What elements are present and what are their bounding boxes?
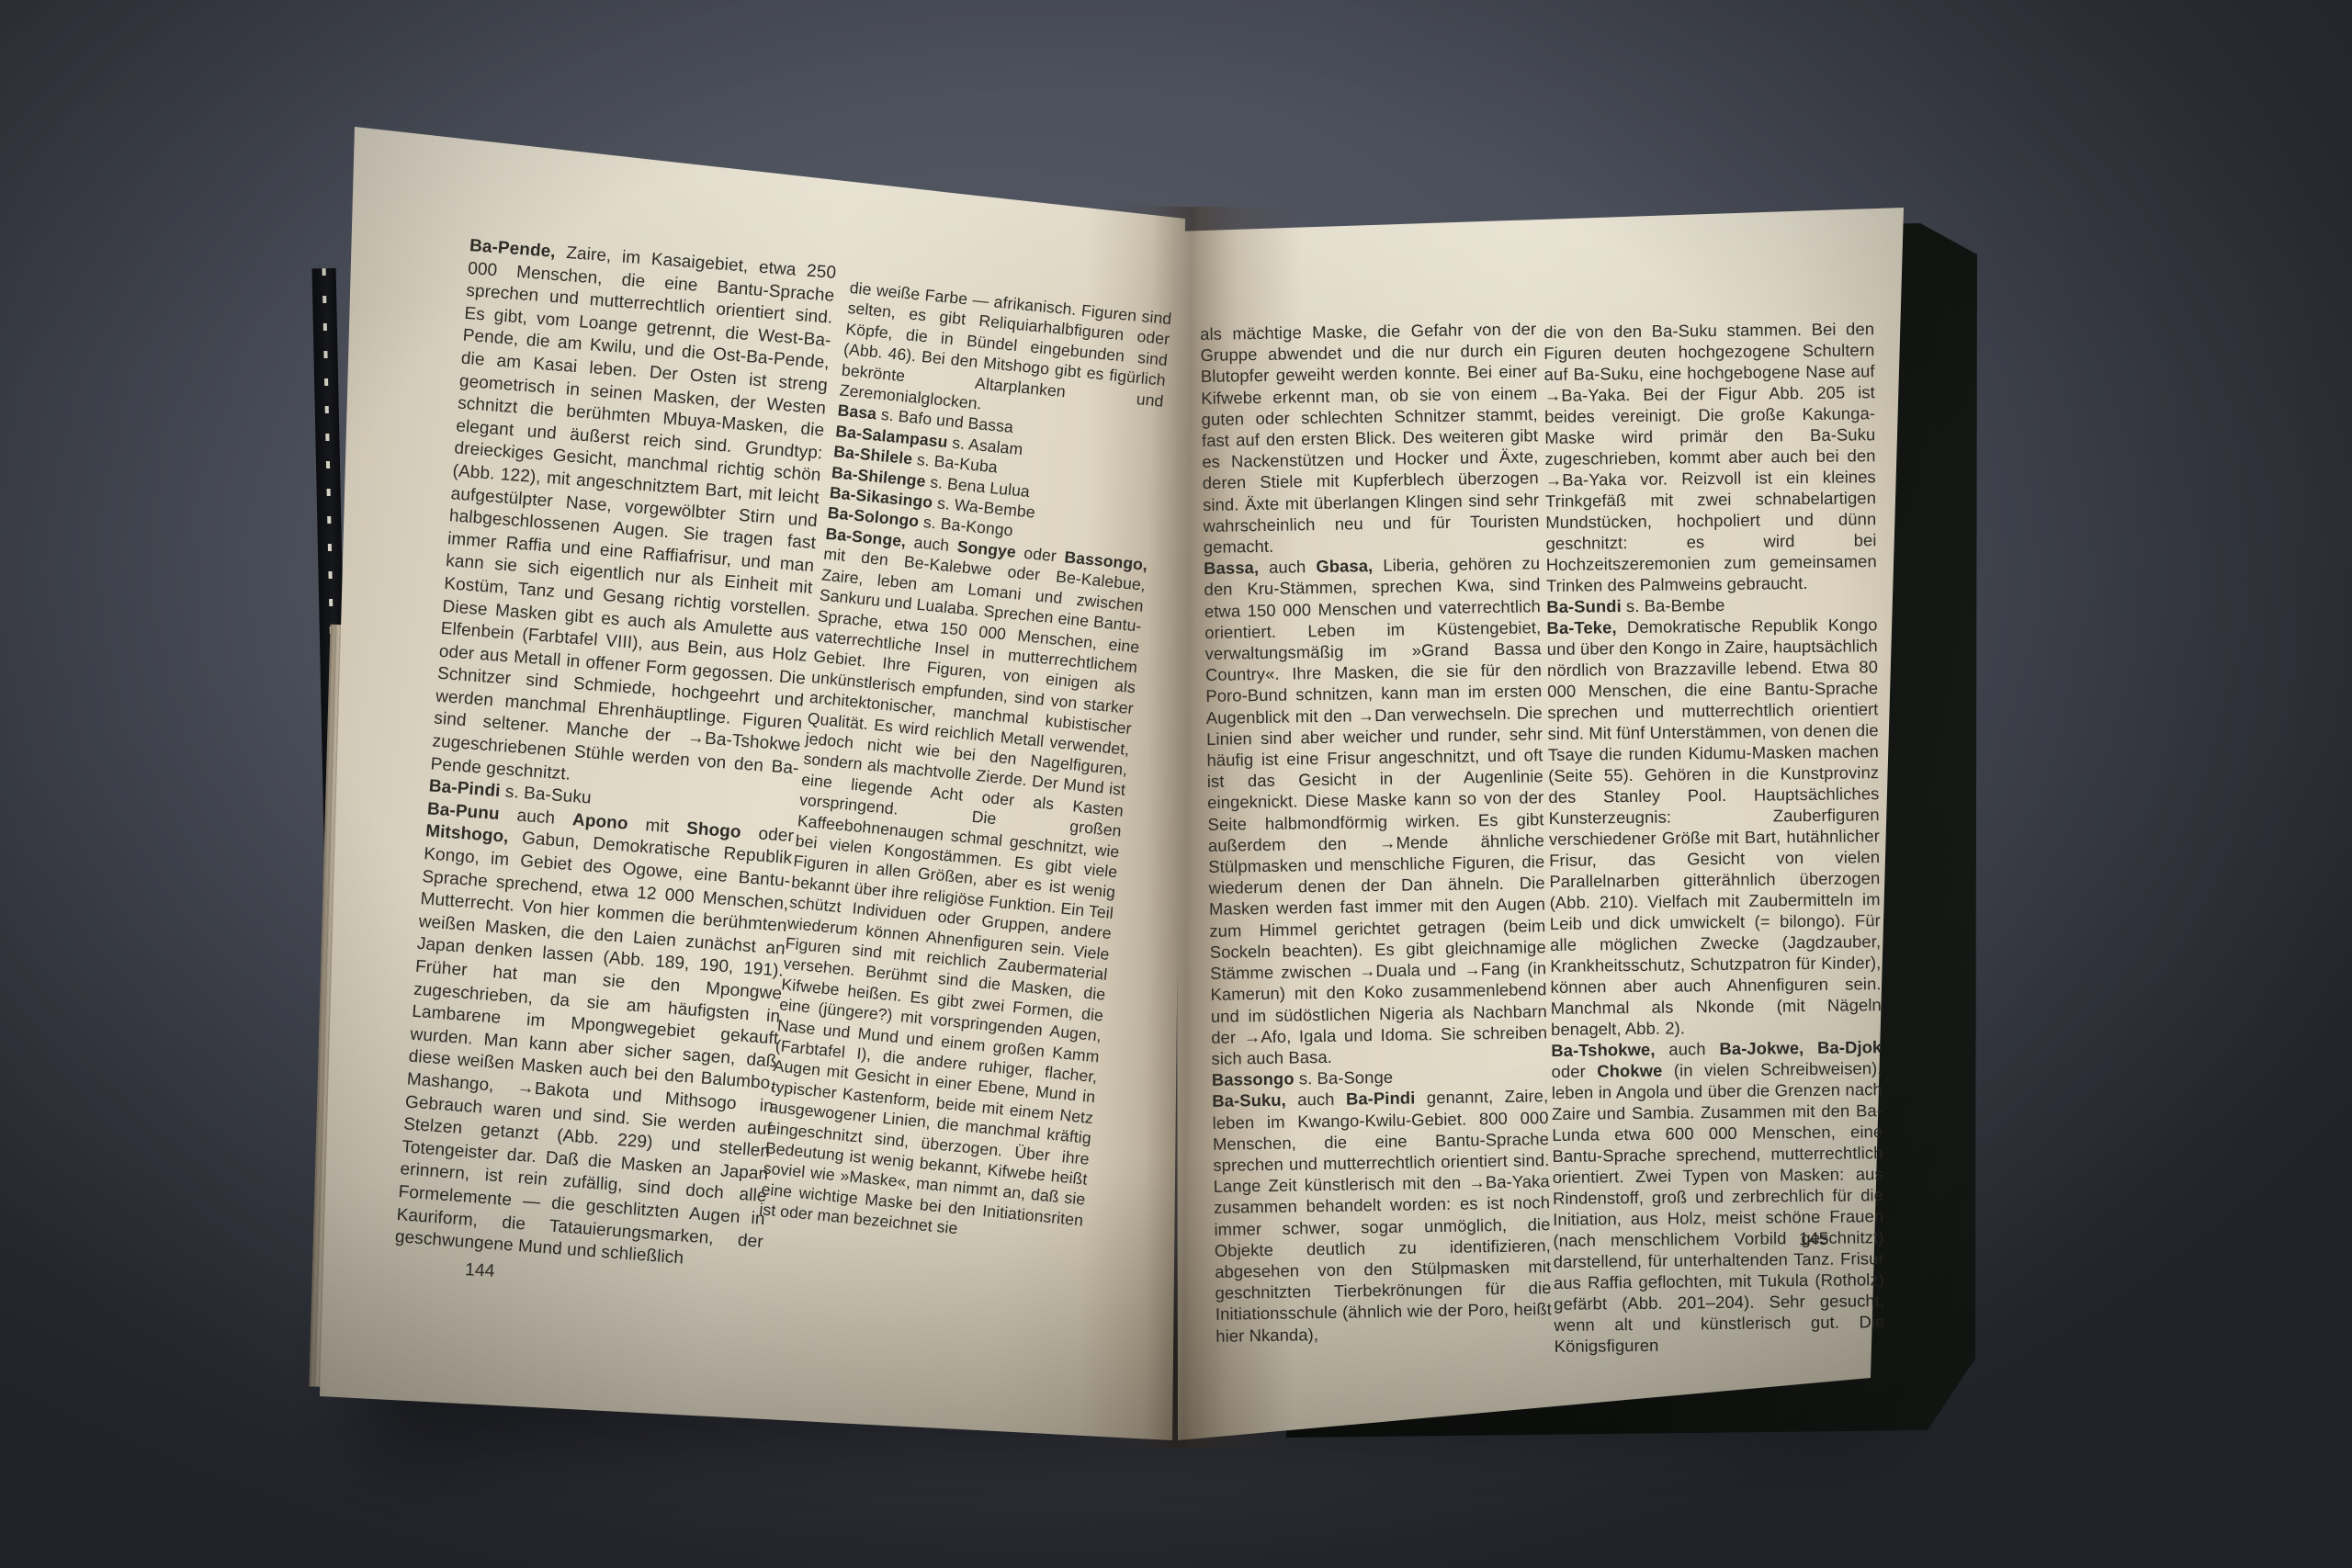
entry-headword: Bassa, [1204,558,1259,578]
entry-text: auch [1259,557,1317,577]
entry-text: auch [1655,1039,1719,1059]
entry-headword: Ba-Jokwe, Ba-Djok [1719,1037,1882,1058]
page-number-right: 145 [1799,1229,1829,1250]
entry-paragraph: Ba-Teke, Demokratische Republik Kongo un… [1546,614,1882,1040]
entry-text: Gabun, Demokratische Republik Kongo, im … [394,828,793,1268]
entry-headword: Shogo [685,818,741,841]
right-page-column-1: als mächtige Maske, die Gefahr von der G… [1200,318,1552,1346]
entry-paragraph: Ba-Punu auch Apono mit Shogo oder Mitsho… [394,798,795,1276]
entry-headword: Ba-Pende, [469,236,556,262]
page-number-left: 144 [464,1259,495,1282]
entry-text: oder [1551,1061,1597,1081]
entry-text: Demokratische Republik Kongo und über de… [1547,615,1882,1039]
entry-paragraph: Ba-Songe, auch Songye oder Bassongo, mit… [758,524,1148,1252]
entry-text: mit den Be-Kalebwe oder Be-Kalebue, Zair… [759,545,1147,1238]
entry-text: s. Ba-Bembe [1622,595,1725,615]
right-page-column-2: die von den Ba-Suku stammen. Bei den Fig… [1543,318,1885,1357]
entry-headword: Ba-Punu [426,799,500,824]
entry-paragraph: Ba-Tshokwe, auch Ba-Jokwe, Ba-Djok oder … [1551,1036,1885,1357]
entry-text: genannt, Zaire, leben im Kwango-Kwilu-Ge… [1213,1086,1553,1345]
entry-paragraph: Ba-Suku, auch Ba-Pindi genannt, Zaire, l… [1212,1085,1552,1346]
entry-headword: Ba-Tshokwe, [1551,1040,1655,1060]
entry-paragraph: die von den Ba-Suku stammen. Bei den Fig… [1543,318,1877,596]
entry-text: als mächtige Maske, die Gefahr von der G… [1200,319,1540,557]
entry-headword: Gbasa, [1316,556,1373,576]
photo-backdrop: Ba-Pende, Zaire, im Kasaigebiet, etwa 25… [0,0,2352,1568]
entry-paragraph: als mächtige Maske, die Gefahr von der G… [1200,318,1540,558]
entry-text: oder [1015,543,1066,566]
entry-paragraph: Ba-Pende, Zaire, im Kasaigebiet, etwa 25… [430,235,837,804]
entry-headword: Chokwe [1597,1061,1662,1081]
entry-headword: Basa [837,401,877,423]
entry-text: die von den Ba-Suku stammen. Bei den Fig… [1543,319,1877,595]
entry-text: Zaire, im Kasaigebiet, etwa 250 000 Mens… [430,243,837,784]
entry-headword: Ba-Sundi [1546,596,1622,616]
entry-text: auch [499,805,573,829]
entry-headword: Bassongo [1212,1069,1295,1089]
entry-text: s. Ba-Songe [1294,1067,1393,1089]
entry-headword: Mitshogo, [424,822,509,848]
entry-headword: Ba-Teke, [1546,617,1616,637]
entry-text: mit [628,815,687,839]
entry-text: auch [905,532,958,555]
entry-text: (in vielen Schreibweisen), leben in Ango… [1552,1058,1885,1356]
entry-headword: Apono [571,810,628,833]
entry-headword: Ba-Suku, [1212,1090,1286,1111]
entry-headword: Ba-Pindi [1346,1089,1416,1109]
entry-text: Liberia, gehören zu den Kru-Stämmen, spr… [1204,553,1547,1067]
entry-headword: Ba-Pindi [428,777,501,802]
entry-paragraph: Bassa, auch Gbasa, Liberia, gehören zu d… [1204,552,1548,1069]
entry-text: auch [1286,1089,1347,1110]
entry-text: oder [741,823,795,846]
